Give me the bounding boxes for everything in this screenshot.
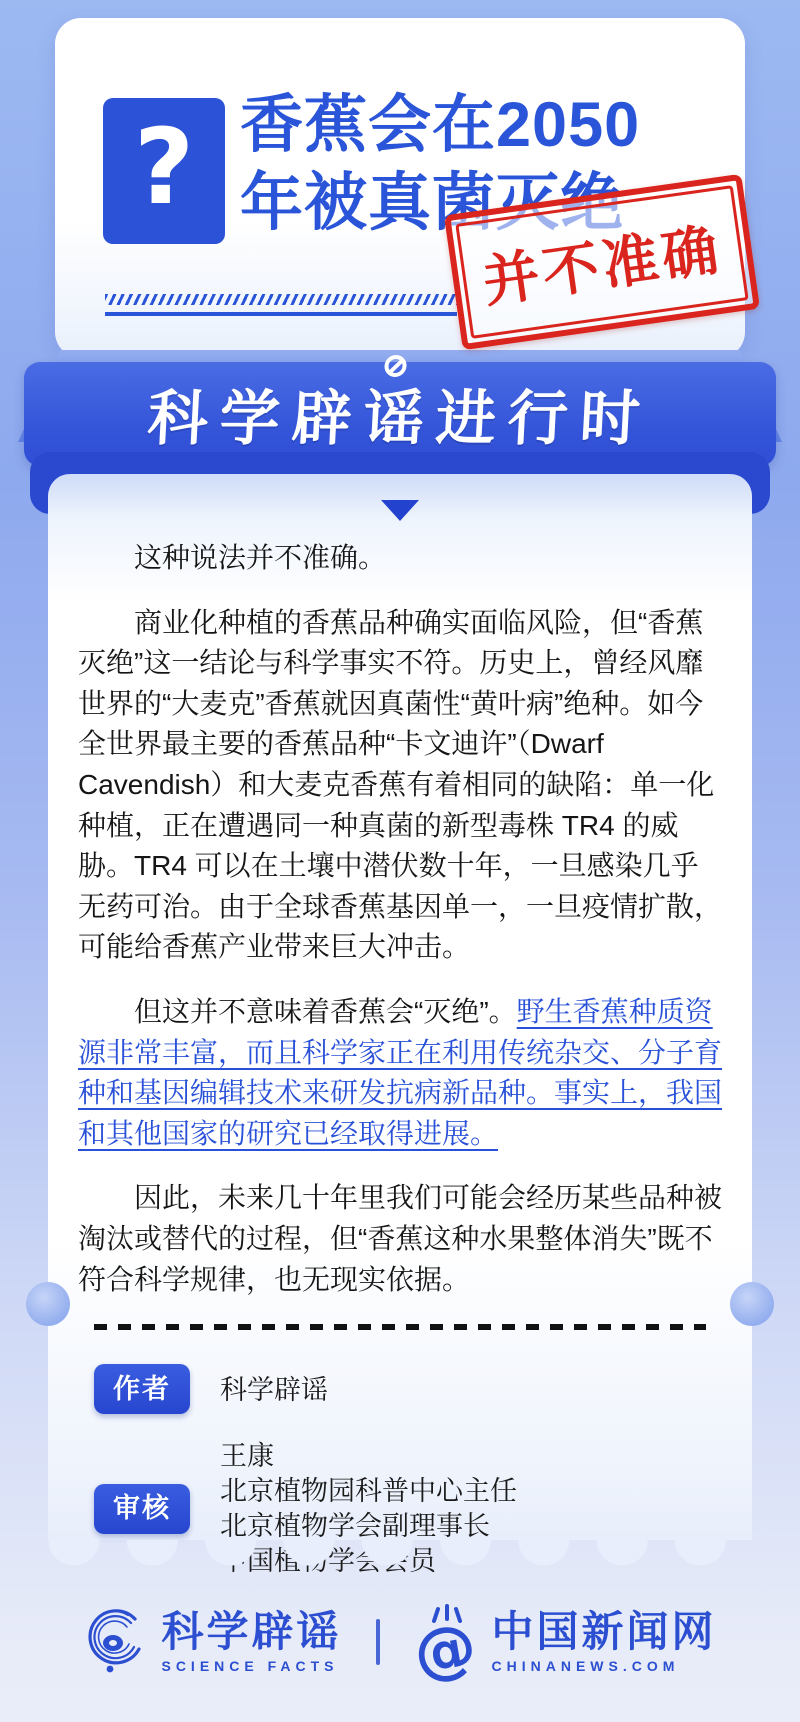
- paragraph-rebuttal-plain: 但这并不意味着香蕉会“灭绝”。: [134, 996, 517, 1027]
- paragraph-conclusion: 因此，未来几十年里我们可能会经历某些品种被淘汰或替代的过程，但“香蕉这种水果整体…: [78, 1178, 722, 1300]
- underline-decoration: [105, 312, 457, 316]
- banner: 科学辟谣进行时: [24, 362, 776, 466]
- chinanews-logo-cn: 中国新闻网: [492, 1610, 717, 1654]
- paragraph-rebuttal: 但这并不意味着香蕉会“灭绝”。野生香蕉种质资源非常丰富，而且科学家正在利用传统杂…: [78, 992, 722, 1154]
- question-mark-icon: ?: [103, 98, 225, 244]
- content-card: 这种说法并不准确。 商业化种植的香蕉品种确实面临风险，但“香蕉灭绝”这一结论与科…: [48, 474, 752, 1540]
- no-sign-icon: [384, 355, 407, 377]
- banner-title: 科学辟谣进行时: [146, 371, 655, 457]
- chinanews-at-icon: @: [414, 1607, 480, 1677]
- verdict-stamp-text: 并不准确: [478, 206, 727, 319]
- triangle-down-icon: [381, 500, 419, 521]
- chinanews-logo: @ 中国新闻网 CHINANEWS.COM: [414, 1607, 717, 1677]
- verdict-stamp-inner-border: 并不准确: [455, 185, 748, 339]
- logo-divider: [376, 1619, 380, 1665]
- claim-title-line1: 香蕉会在2050: [240, 86, 720, 164]
- footer-logos: 科学辟谣 SCIENCE FACTS @ 中国新闻网 CHINANEWS.COM: [0, 1596, 800, 1688]
- reviewer-name: 王康: [220, 1440, 517, 1473]
- science-facts-logo-en: SCIENCE FACTS: [161, 1658, 338, 1674]
- card-scalloped-edge: [48, 1540, 752, 1566]
- ticket-notch-right: [730, 1282, 774, 1326]
- hatch-decoration: [105, 294, 457, 305]
- reviewer-title-2: 北京植物学会副理事长: [220, 1510, 517, 1543]
- chinanews-logo-texts: 中国新闻网 CHINANEWS.COM: [492, 1610, 717, 1674]
- paragraph-verdict: 这种说法并不准确。: [78, 538, 722, 579]
- science-facts-logo: 科学辟谣 SCIENCE FACTS: [83, 1607, 341, 1677]
- reviewer-badge: 审核: [94, 1484, 190, 1534]
- science-facts-logo-texts: 科学辟谣 SCIENCE FACTS: [161, 1610, 341, 1674]
- author-badge: 作者: [94, 1364, 190, 1414]
- author-row: 作者 科学辟谣: [94, 1364, 706, 1414]
- reviewer-title-1: 北京植物园科普中心主任: [220, 1475, 517, 1508]
- ticket-notch-left: [26, 1282, 70, 1326]
- banner-title-text: 科学辟谣进行时: [146, 385, 654, 452]
- paragraph-background: 商业化种植的香蕉品种确实面临风险，但“香蕉灭绝”这一结论与科学事实不符。历史上，…: [78, 603, 722, 968]
- question-mark-glyph: ?: [134, 115, 194, 219]
- science-facts-spiral-icon: [83, 1607, 149, 1677]
- at-glyph: @: [409, 1614, 481, 1686]
- chinanews-logo-en: CHINANEWS.COM: [492, 1658, 680, 1674]
- article-body: 这种说法并不准确。 商业化种植的香蕉品种确实面临风险，但“香蕉灭绝”这一结论与科…: [48, 538, 752, 1604]
- dashed-divider: [94, 1324, 706, 1330]
- science-facts-logo-cn: 科学辟谣: [161, 1610, 341, 1654]
- author-name: 科学辟谣: [220, 1364, 328, 1407]
